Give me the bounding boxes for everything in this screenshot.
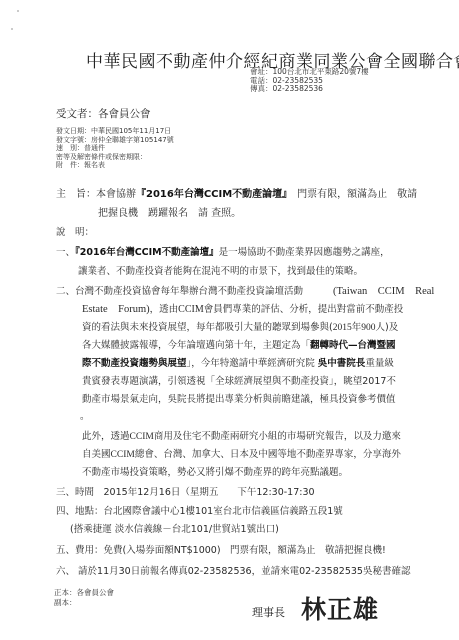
subject-text: 門票有限，額滿為止 敬請: [287, 189, 417, 200]
fax: 傳真：02-23582536: [250, 85, 369, 94]
item-text: 」，今年特邀請中華經濟研究院: [187, 358, 318, 369]
item-six: 六、 請於11月30日前報名傳真02-23582536，並請來電02-23582…: [56, 563, 410, 577]
subject-line-2: 把握良機 踴躍報名 請 查照。: [98, 204, 241, 219]
item-text: 重量級: [365, 358, 394, 369]
item-text: CCIM: [130, 432, 154, 442]
item-text: 自美國: [82, 449, 111, 460]
attachment: 附 件：報名表: [56, 161, 174, 170]
event-location: 地點：台北國際會議中心1樓101室台北市信義區信義路五段1號: [75, 506, 343, 517]
item-two-line-3: 資的看法與未來投資展望，每年都吸引大量的聽眾到場參與(2015年900人)及: [82, 319, 398, 333]
doc-meta: 發文日期：中華民國105年11月17日 發文字號：房仲全聯雄字第105147號 …: [56, 127, 174, 170]
event-name: 『2016年台灣CCIM不動產論壇』: [75, 247, 219, 258]
item-two-p2-line-1: 此外，透過CCIM商用及住宅不動產兩研究小組的市場研究報告，以及力邀來: [82, 428, 401, 442]
item-number: 三、: [56, 487, 75, 498]
original-recipient: 正本：各會員公會: [54, 588, 114, 598]
item-text: 900: [361, 323, 375, 333]
copies-container: 正本：各會員公會 副本：: [54, 588, 114, 608]
signature-title: 理事長: [252, 604, 285, 620]
item-text: Estate Forum): [82, 304, 150, 315]
item-text: 台灣不動產投資協會每年舉辦台灣不動產投資論壇活動: [75, 286, 303, 297]
forum-theme: 翻轉時代—台灣暨國: [310, 340, 396, 351]
subject-line-1: 主 旨：本會協辦『2016年台灣CCIM不動產論壇』 門票有限，額滿為止 敬請: [56, 185, 417, 200]
forum-theme: 際不動產投資趨勢與展望: [82, 358, 187, 369]
contact-block: 會址：100台北市北平東路20號7樓 電話：02-23582535 傳真：02-…: [250, 68, 369, 94]
event-time: 時間 2015年12月16日（星期五 下午12:30-17:30: [75, 487, 315, 498]
item-three: 三、時間 2015年12月16日（星期五 下午12:30-17:30: [56, 484, 315, 498]
item-text: 商用及住宅不動產兩研究小組的市場研究報告，以及力邀來: [154, 431, 401, 442]
item-two-p2-line-2: 自美國CCIM總會、台灣、加拿大、日本及中國等地不動產界專家，分享海外: [82, 446, 401, 460]
item-two-line-1: 二、台灣不動產投資協會每年舉辦台灣不動產投資論壇活動: [56, 283, 303, 297]
item-text: CCIM: [178, 304, 204, 315]
item-five: 五、費用：免費(入場券面額NT$1000) 門票有限，額滿為止 敬請把握良機!: [56, 542, 386, 556]
doc-number: 發文字號：房仲全聯雄字第105147號: [56, 136, 174, 145]
item-text: CCIM: [111, 450, 135, 460]
item-number: 一、: [56, 247, 75, 258]
item-text: ，透由: [150, 304, 179, 315]
item-one-line-2: 讓業者、不動產投資者能夠在混沌不明的市景下，找到最佳的策略。: [78, 263, 363, 277]
recipient: 受文者：各會員公會: [56, 106, 151, 121]
item-two-line-1-en: (Taiwan CCIM Real: [333, 283, 434, 298]
item-two-line-6: 貴賓發表專題演講，引領透視「全球經濟展望與不動產投資」，眺望2017不: [82, 373, 396, 387]
item-number: 四、: [56, 506, 75, 517]
item-text: 人)及: [375, 322, 398, 333]
item-number: 五、: [56, 545, 75, 556]
subject-text: 本會協辦: [96, 189, 136, 200]
item-text: 此外，透過: [82, 431, 130, 442]
item-one-line-1: 一、『2016年台灣CCIM不動產論壇』是一場協助不動產業界因應趨勢之講座，: [56, 244, 390, 258]
item-four-sub: (搭乘捷運 淡水信義線－台北101/世貿站1號出口): [70, 521, 279, 535]
item-two-line-4: 各大媒體披露報導，今年論壇邁向第十年，主題定為「翻轉時代—台灣暨國: [82, 337, 396, 351]
item-four: 四、地點：台北國際會議中心1樓101室台北市信義區信義路五段1號: [56, 503, 343, 517]
explanation-label: 說 明：: [56, 224, 94, 238]
item-text: 各大媒體披露報導，今年論壇邁向第十年，主題定為「: [82, 340, 310, 351]
event-fee: 費用：免費(入場券面額NT$1000) 門票有限，額滿為止 敬請把握良機!: [75, 545, 386, 556]
speaker-name: 吳中書院長: [318, 358, 366, 369]
item-text: 總會、台灣、加拿大、日本及中國等地不動產界專家，分享海外: [135, 449, 401, 460]
registration-info: 請於11月30日前報名傳真02-23582536，並請來電02-23582535…: [75, 566, 410, 577]
issue-date: 發文日期：中華民國105年11月17日: [56, 127, 174, 136]
item-two-p2-line-3: 不動產市場投資策略，勢必又將引爆不動產界的跨年亮點議題。: [82, 464, 348, 478]
item-text: 2015: [333, 323, 352, 333]
item-two-line-2: Estate Forum)，透由CCIM會員們專業的評估、分析，提出對當前不動產…: [82, 301, 403, 316]
copy-recipient: 副本：: [54, 598, 114, 608]
speed-class: 速 別：普通件: [56, 144, 174, 153]
scan-speck: [11, 28, 13, 30]
item-number: 二、: [56, 286, 75, 297]
item-two-line-7: 動產市場景氣走向，吳院長將提出專業分析與前瞻建議，極具投資參考價值: [82, 391, 396, 405]
item-two-line-5: 際不動產投資趨勢與展望」，今年特邀請中華經濟研究院 吳中書院長重量級: [82, 355, 394, 369]
event-name: 『2016年台灣CCIM不動產論壇』: [136, 189, 287, 200]
subject-label: 主 旨：: [56, 189, 96, 200]
item-number: 六、: [56, 566, 75, 577]
item-text: 年: [352, 322, 362, 333]
item-text: 會員們專業的評估、分析，提出對當前不動產投: [204, 304, 404, 315]
signature-name: 林正雄: [301, 590, 379, 626]
item-two-line-8: 。: [80, 408, 90, 422]
scan-speck: [17, 10, 19, 12]
item-text: 資的看法與未來投資展望，每年都吸引大量的聽眾到場參與(: [82, 322, 333, 333]
item-text: 是一場協助不動產業界因應趨勢之講座，: [219, 247, 390, 258]
